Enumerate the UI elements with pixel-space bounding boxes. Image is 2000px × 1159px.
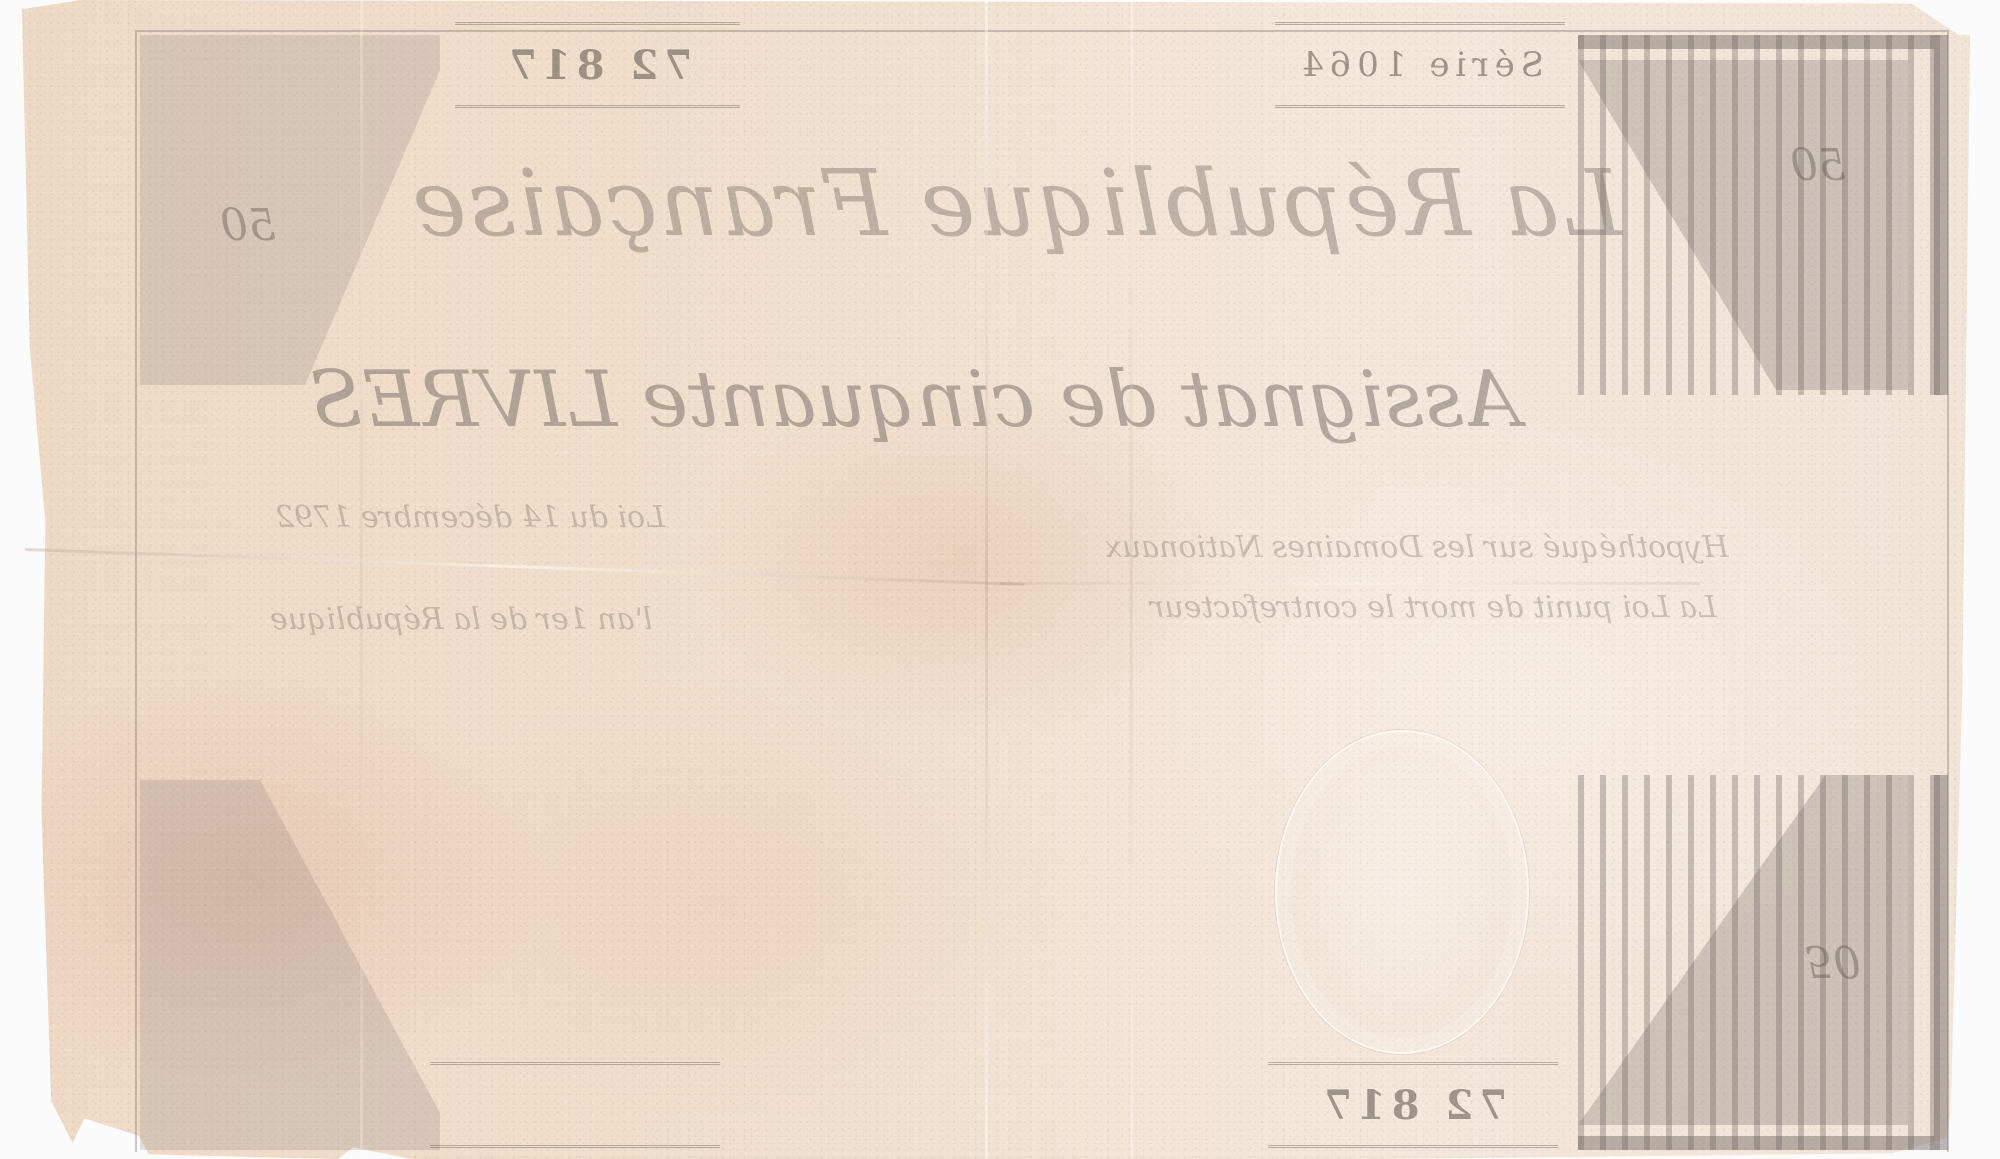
serial-number-top: 72 817	[503, 42, 692, 89]
corner-value-top-left: 50	[220, 200, 276, 251]
corner-value-bottom-right: 50	[1805, 935, 1861, 986]
small-text-right-1: Loi du 14 décembre 1792	[275, 500, 665, 535]
corner-value-top-right: 50	[1790, 140, 1846, 191]
embossed-seal	[1275, 730, 1529, 1054]
serial-number-strip-top: 72 817	[455, 22, 740, 108]
series-number: Série 1064	[1296, 45, 1544, 85]
small-text-left-1: Hypothéqué sur les Domaines Nationaux	[1105, 530, 1729, 565]
series-strip-top: Série 1064	[1275, 22, 1565, 108]
fold-crease-vertical-center	[985, 0, 988, 1159]
small-text-left-2: La Loi punit de mort le contrefacteur	[1150, 590, 1717, 625]
fold-crease-vertical-left	[360, 0, 363, 1159]
serial-number-bottom: 72 817	[1318, 1082, 1507, 1129]
header-script: La République Française	[410, 150, 1610, 257]
fold-crease-vertical-right	[1130, 0, 1133, 1159]
denomination-line: Assignat de cinquante LIVRES	[220, 355, 1610, 445]
serial-number-strip-bottom: 72 817	[1268, 1062, 1558, 1148]
small-text-right-2: l'an 1er de la République	[270, 602, 652, 637]
fold-crease-horizontal-right	[1000, 582, 1700, 585]
blank-strip-bottom-left	[430, 1062, 720, 1148]
